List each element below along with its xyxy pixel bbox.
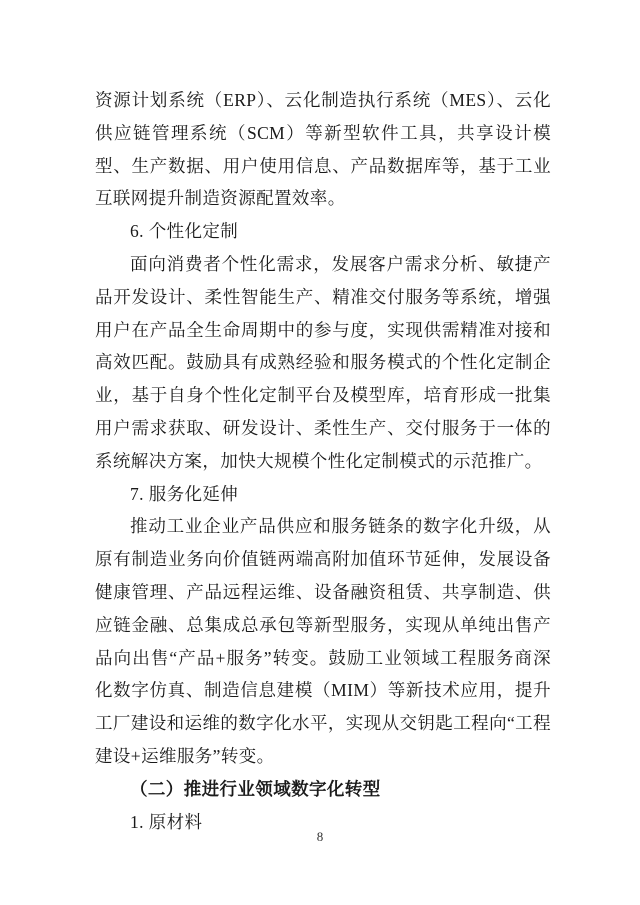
page-number: 8 (0, 829, 640, 845)
page-content: 资源计划系统（ERP）、云化制造执行系统（MES）、云化供应链管理系统（SCM）… (95, 84, 551, 838)
document-page: 资源计划系统（ERP）、云化制造执行系统（MES）、云化供应链管理系统（SCM）… (0, 0, 640, 905)
heading-personalized-customization: 6. 个性化定制 (95, 215, 551, 248)
paragraph-service-extension: 推动工业企业产品供应和服务链条的数字化升级，从原有制造业务向价值链两端高附加值环… (95, 510, 551, 772)
paragraph-cloud-software-tools: 资源计划系统（ERP）、云化制造执行系统（MES）、云化供应链管理系统（SCM）… (95, 84, 551, 215)
heading-service-extension: 7. 服务化延伸 (95, 478, 551, 511)
paragraph-personalized-customization: 面向消费者个性化需求，发展客户需求分析、敏捷产品开发设计、柔性智能生产、精准交付… (95, 248, 551, 478)
heading-industry-digital-transformation: （二）推进行业领域数字化转型 (95, 773, 551, 806)
